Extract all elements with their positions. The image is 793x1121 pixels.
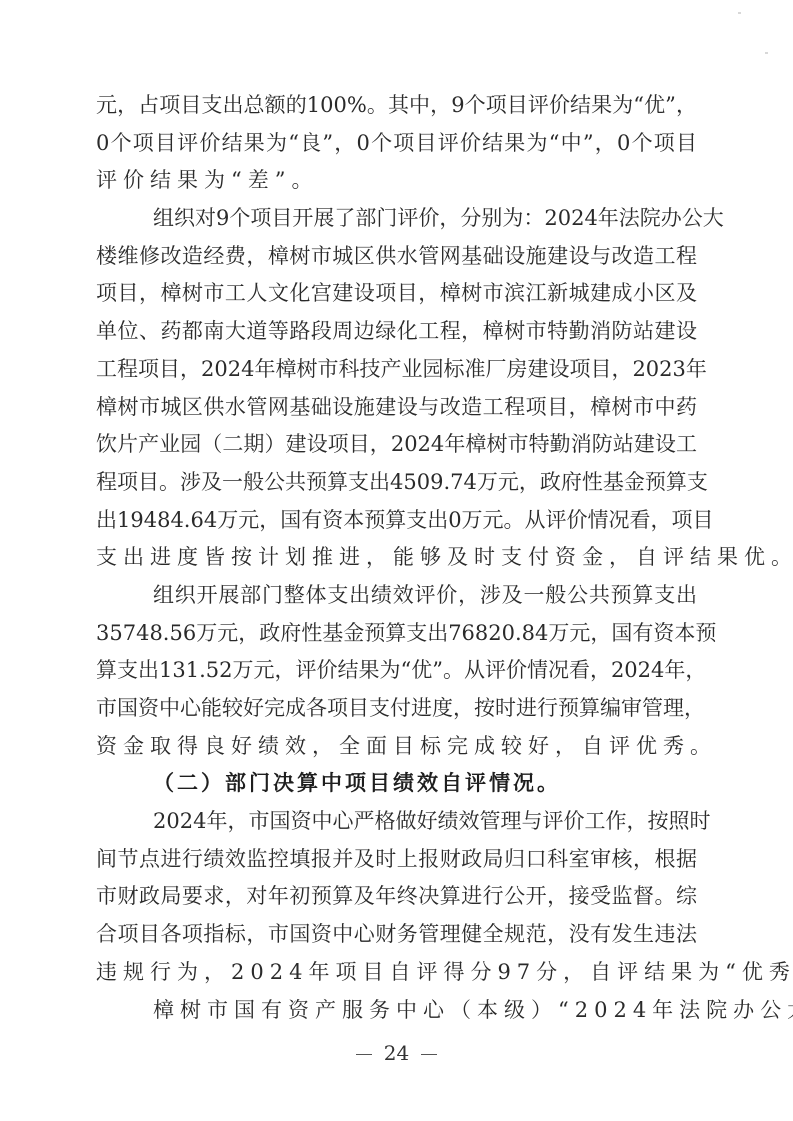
text-line-para2: 单位、药都南大道等路段周边绿化工程，樟树市特勤消防站建设 (96, 313, 697, 351)
text-line-para3: 组织开展部门整体支出绩效评价，涉及一般公共预算支出 (96, 577, 697, 615)
text-line-para4: 2024年，市国资中心严格做好绩效管理与评价工作，按照时 (96, 803, 697, 841)
page-number-dash-right (421, 1054, 437, 1055)
text-line-para2: 程项目。涉及一般公共预算支出4509.74万元，政府性基金预算支 (96, 464, 697, 502)
text-line-para3: 35748.56万元，政府性基金预算支出76820.84万元，国有资本预 (96, 615, 697, 653)
scan-speck (738, 12, 741, 14)
text-line-para3: 算支出131.52万元，评价结果为“优”。从评价情况看，2024年， (96, 652, 697, 690)
document-page: 元，占项目支出总额的100%。其中，9个项目评价结果为“优”， 0个项目评价结果… (0, 0, 793, 1121)
text-line-para3: 市国资中心能较好完成各项目支付进度，按时进行预算编审管理， (96, 690, 697, 728)
text-line-para2: 饮片产业园（二期）建设项目，2024年樟树市特勤消防站建设工 (96, 426, 697, 464)
text-line-para3: 资金取得良好绩效，全面目标完成较好，自评优秀。 (96, 728, 697, 766)
text-line-para5: 樟树市国有资产服务中心（本级）“2024年法院办公大楼维 (96, 992, 697, 1030)
text-line-para4: 间节点进行绩效监控填报并及时上报财政局归口科室审核，根据 (96, 841, 697, 879)
page-number-value: 24 (384, 1041, 409, 1065)
scan-speck (765, 52, 768, 54)
text-line-para4: 违规行为，2024年项目自评得分97分，自评结果为“优秀”。 (96, 954, 697, 992)
text-line-para2: 组织对9个项目开展了部门评价，分别为：2024年法院办公大 (96, 200, 697, 238)
body-text: 元，占项目支出总额的100%。其中，9个项目评价结果为“优”， 0个项目评价结果… (96, 87, 697, 1029)
text-line-para2: 樟树市城区供水管网基础设施建设与改造工程项目，樟树市中药 (96, 389, 697, 427)
text-line-para4: 合项目各项指标，市国资中心财务管理健全规范，没有发生违法 (96, 916, 697, 954)
section-heading: （二）部门决算中项目绩效自评情况。 (96, 765, 697, 803)
text-line-para2: 项目，樟树市工人文化宫建设项目，樟树市滨江新城建成小区及 (96, 275, 697, 313)
text-line-para1: 0个项目评价结果为“良”，0个项目评价结果为“中”，0个项目 (96, 125, 697, 163)
text-line-para1: 元，占项目支出总额的100%。其中，9个项目评价结果为“优”， (96, 87, 697, 125)
text-line-para2: 楼维修改造经费，樟树市城区供水管网基础设施建设与改造工程 (96, 238, 697, 276)
page-number: 24 (0, 1040, 793, 1066)
text-line-para2: 出19484.64万元，国有资本预算支出0万元。从评价情况看，项目 (96, 502, 697, 540)
text-line-para2: 工程项目，2024年樟树市科技产业园标准厂房建设项目，2023年 (96, 351, 697, 389)
text-line-para1: 评价结果为“差”。 (96, 162, 697, 200)
page-number-dash-left (356, 1054, 372, 1055)
text-line-para4: 市财政局要求，对年初预算及年终决算进行公开，接受监督。综 (96, 878, 697, 916)
text-line-para2: 支出进度皆按计划推进，能够及时支付资金，自评结果优。 (96, 539, 697, 577)
